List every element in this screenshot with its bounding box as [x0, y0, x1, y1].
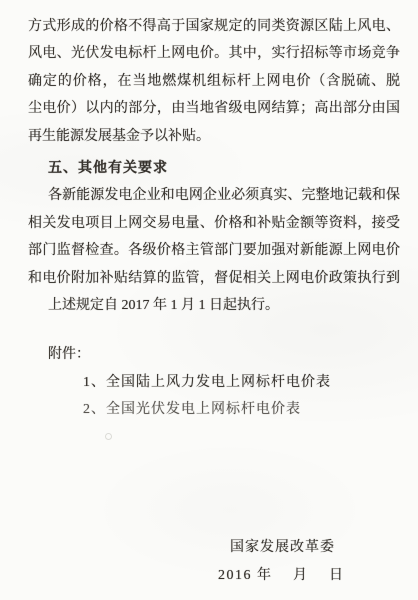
body-paragraph-line: 确定的价格，在当地燃煤机组标杆上网电价（含脱硫、脱硝、除 — [28, 68, 400, 95]
attachments-block: 附件： 1、全国陆上风力发电上网标杆电价表 2、全国光伏发电上网标杆电价表 — [28, 341, 400, 423]
body-paragraph-line: 方式形成的价格不得高于国家规定的同类资源区陆上风电、海上 — [28, 13, 400, 40]
attachment-item: 1、全国陆上风力发电上网标杆电价表 — [28, 369, 400, 396]
signature-date: 2016 年 月 日 — [218, 562, 345, 589]
scan-speck-artifact — [105, 433, 112, 440]
scanned-document-page: 方式形成的价格不得高于国家规定的同类资源区陆上风电、海上 风电、光伏发电标杆上网… — [0, 0, 418, 600]
section-paragraph-line: 各新能源发电企业和电网企业必须真实、完整地记载和保存 — [28, 182, 400, 209]
document-body: 方式形成的价格不得高于国家规定的同类资源区陆上风电、海上 风电、光伏发电标杆上网… — [0, 0, 418, 423]
signature-issuer: 国家发展改革委 — [230, 534, 335, 561]
effective-date-line: 上述规定自 2017 年 1 月 1 日起执行。 — [28, 292, 400, 319]
section-paragraph-line: 部门监督检查。各级价格主管部门要加强对新能源上网电价执行 — [28, 237, 400, 264]
section-paragraph-line: 和电价附加补贴结算的监管，督促相关上网电价政策执行到位。 — [28, 265, 400, 292]
body-paragraph-line: 再生能源发展基金予以补贴。 — [28, 123, 400, 150]
body-paragraph-line: 尘电价）以内的部分，由当地省级电网结算；高出部分由国家可 — [28, 95, 400, 122]
attachments-label: 附件： — [28, 341, 400, 368]
section-heading: 五、其他有关要求 — [28, 155, 400, 182]
attachment-item: 2、全国光伏发电上网标杆电价表 — [28, 396, 400, 423]
section-paragraph-line: 相关发电项目上网交易电量、价格和补贴金额等资料，接受有关 — [28, 210, 400, 237]
body-paragraph-line: 风电、光伏发电标杆上网电价。其中，实行招标等市场竞争方式 — [28, 40, 400, 67]
